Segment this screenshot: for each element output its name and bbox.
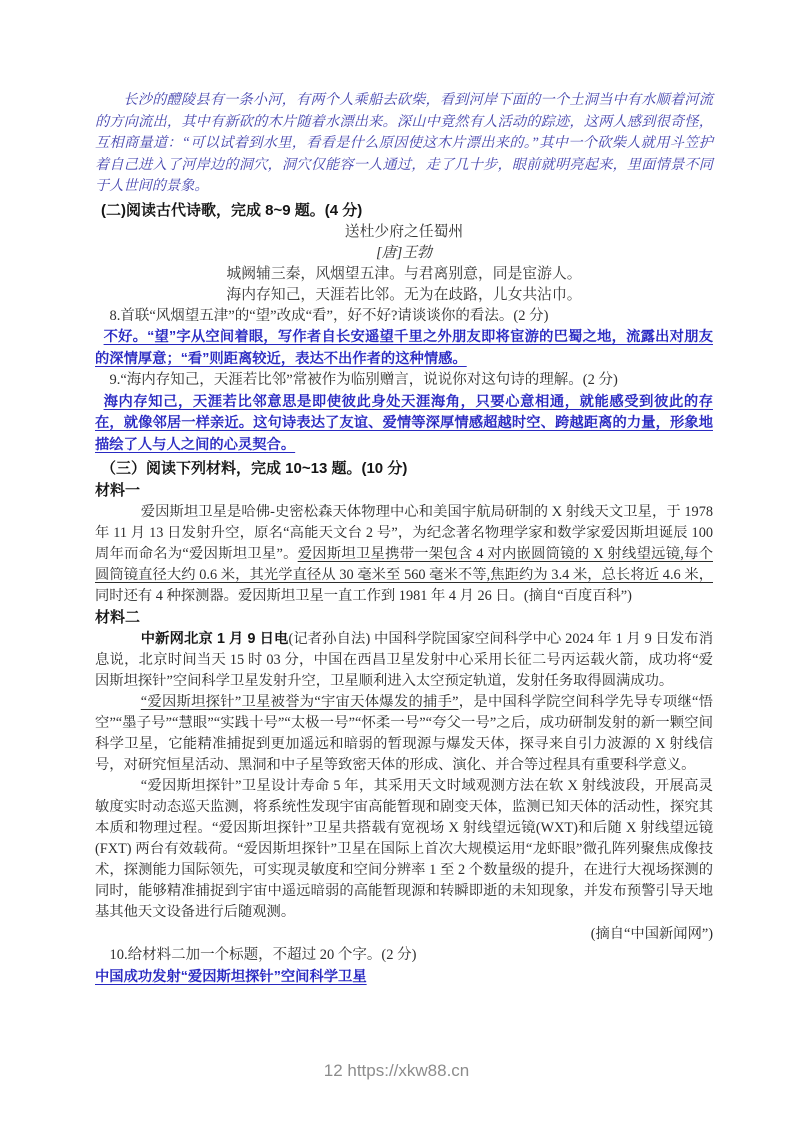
material-2-paragraph-1: 中新网北京 1 月 9 日电(记者孙自法) 中国科学院国家空间科学中心 2024…	[95, 629, 713, 692]
answer-10-text: 中国成功发射“爱因斯坦探针”空间科学卫星	[95, 969, 367, 985]
material-2-paragraph-2: “爱因斯坦探针”卫星被誉为“宇宙天体爆发的捕手”，是中国科学院空间科学先导专项继…	[95, 692, 713, 776]
translation-paragraph: 长沙的醴陵县有一条小河，有两个人乘船去砍柴，看到河岸下面的一个土洞当中有水顺着河…	[95, 90, 713, 198]
section-3-header: （三）阅读下列材料，完成 10~13 题。(10 分)	[95, 458, 713, 480]
section-2-header: (二)阅读古代诗歌，完成 8~9 题。(4 分)	[95, 200, 713, 222]
material-2-paragraph-3: “爱因斯坦探针”卫星设计寿命 5 年，其采用天文时域观测方法在软 X 射线波段，…	[95, 776, 713, 923]
material-2-p2-underlined: “爱因斯坦探针”卫星被誉为“宇宙天体爆发的捕手”	[141, 694, 459, 710]
answer-8: 不好。“望”字从空间着眼，写作者自长安遥望千里之外朋友即将宦游的巴蜀之地，流露出…	[95, 327, 713, 370]
material-1-paragraph: 爱因斯坦卫星是哈佛-史密松森天体物理中心和美国宇航局研制的 X 射线天文卫星，于…	[95, 502, 713, 607]
material-1-part3: 同时还有 4 种探测器。爱因斯坦卫星一直工作到 1981 年 4 月 26 日。…	[95, 588, 632, 604]
question-8: 8.首联“风烟望五津”的“望”改成“看”，好不好?请谈谈你的看法。(2 分)	[95, 306, 713, 328]
answer-8-text: 不好。“望”字从空间着眼，写作者自长安遥望千里之外朋友即将宦游的巴蜀之地，流露出…	[95, 329, 713, 367]
page-footer: 12 https://xkw88.cn	[0, 1060, 793, 1082]
answer-10: 中国成功发射“爱因斯坦探针”空间科学卫星	[95, 967, 713, 989]
question-10: 10.给材料二加一个标题，不超过 20 个字。(2 分)	[95, 945, 713, 967]
material-1-label: 材料一	[95, 480, 713, 502]
poem-line-2: 海内存知己，天涯若比邻。无为在歧路，儿女共沾巾。	[95, 285, 713, 306]
answer-9-text: 海内存知己，天涯若比邻意思是即使彼此身处天涯海角，只要心意相通，就能感受到彼此的…	[95, 394, 713, 453]
poem-line-1: 城阙辅三秦，风烟望五津。与君离别意，同是宦游人。	[95, 264, 713, 285]
news-dateline: 中新网北京 1 月 9 日电	[141, 631, 289, 647]
answer-9: 海内存知己，天涯若比邻意思是即使彼此身处天涯海角，只要心意相通，就能感受到彼此的…	[95, 392, 713, 457]
question-9: 9.“海内存知己，天涯若比邻”常被作为临别赠言，说说你对这句诗的理解。(2 分)	[95, 370, 713, 392]
document-content: 长沙的醴陵县有一条小河，有两个人乘船去砍柴，看到河岸下面的一个土洞当中有水顺着河…	[95, 90, 713, 988]
document-page: 长沙的醴陵县有一条小河，有两个人乘船去砍柴，看到河岸下面的一个土洞当中有水顺着河…	[0, 0, 793, 1122]
material-2-source: (摘自“中国新闻网”)	[95, 923, 713, 945]
poem-author: [唐]王勃	[95, 243, 713, 264]
poem-title: 送杜少府之任蜀州	[95, 222, 713, 243]
material-2-label: 材料二	[95, 607, 713, 629]
